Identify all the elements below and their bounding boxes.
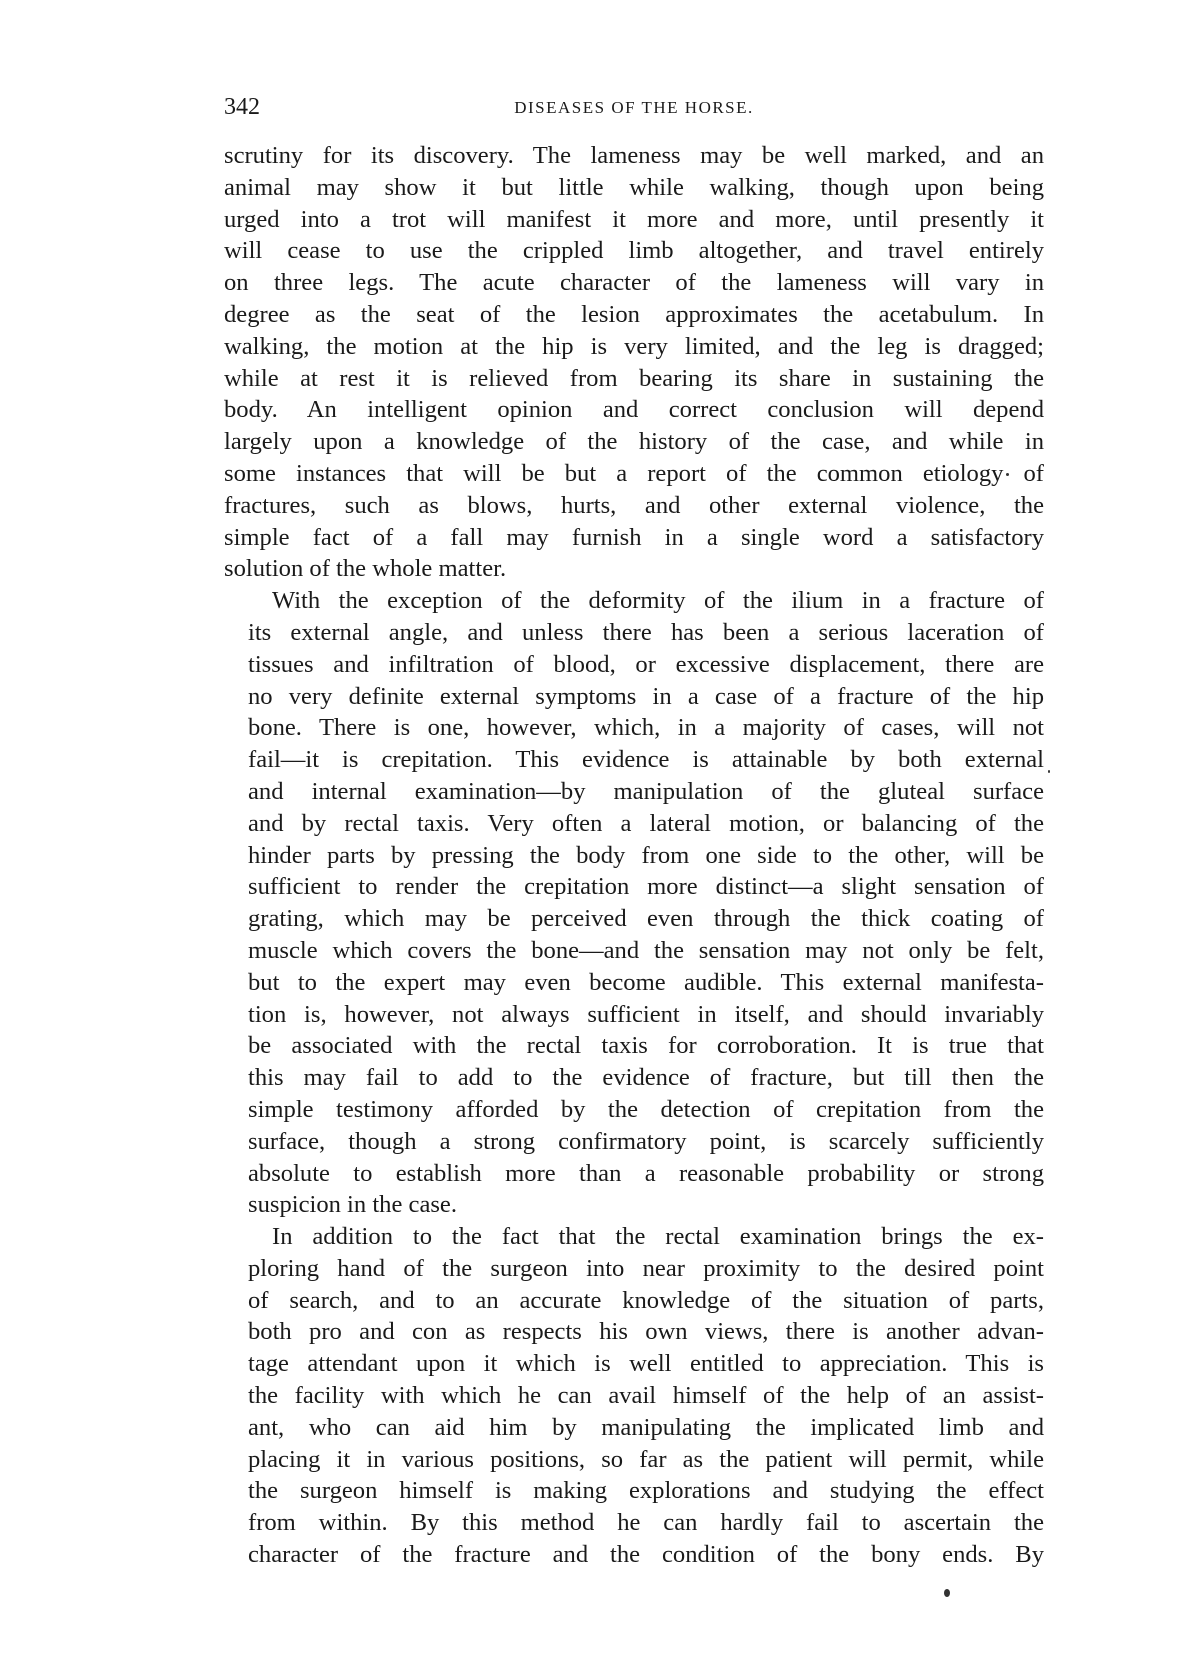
text-line: tissues and infiltration of blood, or ex… (224, 649, 1044, 681)
text-line: walking, the motion at the hip is very l… (224, 331, 1044, 363)
text-line: bone. There is one, however, which, in a… (224, 712, 1044, 744)
text-line: body. An intelligent opinion and correct… (224, 394, 1044, 426)
text-line: ant, who can aid him by manipulating the… (224, 1412, 1044, 1444)
text-line: With the exception of the deformity of t… (224, 585, 1044, 617)
text-line: tage attendant upon it which is well ent… (224, 1348, 1044, 1380)
text-line: be associated with the rectal taxis for … (224, 1030, 1044, 1062)
text-line: on three legs. The acute character of th… (224, 267, 1044, 299)
text-line: of search, and to an accurate knowledge … (224, 1285, 1044, 1317)
body-text: scrutiny for its discovery. The lameness… (224, 140, 1044, 1571)
text-line: grating, which may be perceived even thr… (224, 903, 1044, 935)
text-line: degree as the seat of the lesion approxi… (224, 299, 1044, 331)
text-line: placing it in various positions, so far … (224, 1444, 1044, 1476)
text-line: both pro and con as respects his own vie… (224, 1316, 1044, 1348)
text-line: the facility with which he can avail him… (224, 1380, 1044, 1412)
text-line: simple testimony afforded by the detecti… (224, 1094, 1044, 1126)
text-line: while at rest it is relieved from bearin… (224, 363, 1044, 395)
text-line: solution of the whole matter. (224, 553, 1044, 585)
text-line: from within. By this method he can hardl… (224, 1507, 1044, 1539)
text-line: In addition to the fact that the rectal … (224, 1221, 1044, 1253)
text-line: surface, though a strong confirmatory po… (224, 1126, 1044, 1158)
text-line: the surgeon himself is making exploratio… (224, 1475, 1044, 1507)
text-line: suspicion in the case. (224, 1189, 1044, 1221)
text-line: and internal examination—by manipulation… (224, 776, 1044, 808)
text-line: some instances that will be but a report… (224, 458, 1044, 490)
text-line: fail—it is crepitation. This evidence is… (224, 744, 1044, 776)
print-speck (944, 1589, 950, 1597)
text-line: largely upon a knowledge of the history … (224, 426, 1044, 458)
paragraph: With the exception of the deformity of t… (224, 585, 1044, 1221)
text-line: scrutiny for its discovery. The lameness… (224, 140, 1044, 172)
text-line: tion is, however, not always sufficient … (224, 999, 1044, 1031)
text-line: this may fail to add to the evidence of … (224, 1062, 1044, 1094)
text-line: ploring hand of the surgeon into near pr… (224, 1253, 1044, 1285)
text-line: fractures, such as blows, hurts, and oth… (224, 490, 1044, 522)
text-line: its external angle, and unless there has… (224, 617, 1044, 649)
text-line: simple fact of a fall may furnish in a s… (224, 522, 1044, 554)
running-title: DISEASES OF THE HORSE. (224, 98, 1044, 118)
text-line: animal may show it but little while walk… (224, 172, 1044, 204)
text-line: and by rectal taxis. Very often a latera… (224, 808, 1044, 840)
text-line: but to the expert may even become audibl… (224, 967, 1044, 999)
print-speck (1006, 473, 1009, 476)
text-line: urged into a trot will manifest it more … (224, 204, 1044, 236)
book-page: 342 DISEASES OF THE HORSE. scrutiny for … (0, 0, 1200, 1663)
text-line: no very definite external symptoms in a … (224, 681, 1044, 713)
running-head: 342 DISEASES OF THE HORSE. (224, 94, 1044, 124)
text-line: muscle which covers the bone—and the sen… (224, 935, 1044, 967)
text-line: will cease to use the crippled limb alto… (224, 235, 1044, 267)
print-speck (1048, 770, 1050, 773)
text-line: character of the fracture and the condit… (224, 1539, 1044, 1571)
paragraph: In addition to the fact that the rectal … (224, 1221, 1044, 1571)
text-line: hinder parts by pressing the body from o… (224, 840, 1044, 872)
paragraph: scrutiny for its discovery. The lameness… (224, 140, 1044, 585)
text-line: sufficient to render the crepitation mor… (224, 871, 1044, 903)
text-line: absolute to establish more than a reason… (224, 1158, 1044, 1190)
